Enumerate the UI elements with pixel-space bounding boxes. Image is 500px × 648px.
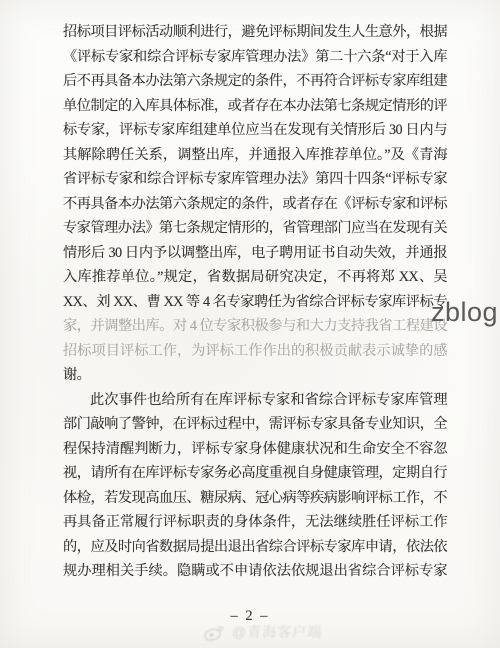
text-line: 的，应及时向省数据局提出退出省综合评标专家库申请，依法依	[63, 535, 447, 560]
text-line: 招标项目评标活动顺利进行，避免评标期间发生人生意外，根据	[63, 20, 447, 45]
zblog-watermark: zblog	[431, 297, 498, 327]
text-line: 此次事件也给所有在库评标专家和省综合评标专家库管理	[63, 388, 447, 413]
text-line: 不再具备本办法第六条规定的条件，或者存在《评标专家和评标	[63, 192, 447, 217]
text-line: 家，并调整出库。对 4 位专家积极参与和大力支持我省工程建设	[63, 314, 447, 339]
weibo-logo-icon	[203, 624, 227, 641]
text-line: 视，请所有在库评标专家务必高度重视自身健康管理，定期自行	[63, 461, 447, 486]
text-line: 专家管理办法》第七条规定情形的，省管理部门应当在发现有关	[63, 216, 447, 241]
text-line: 程保持清醒判断力，评标专家身体健康状况和生命安全不容忽	[63, 437, 447, 462]
text-line: 后不再具备本办法第六条规定的条件，不再符合评标专家库组建	[63, 69, 447, 94]
text-line: XX、刘 XX、曹 XX 等 4 名专家聘任为省综合评标专家库评标专	[63, 290, 447, 315]
text-line: 其解除聘任关系，调整出库，并通报入库推荐单位。”及《青海	[63, 143, 447, 168]
document-page: 招标项目评标活动顺利进行，避免评标期间发生人生意外，根据《评标专家和综合评标专家…	[0, 0, 500, 648]
text-line: 谢。	[63, 363, 447, 388]
text-line: 规办理相关手续。隐瞒或不申请依法依规退出省综合评标专家	[63, 559, 447, 584]
weibo-watermark-text: @青海客户端	[232, 622, 322, 642]
text-line: 单位制定的入库具体标准，或者存在本办法第七条规定情形的评	[63, 94, 447, 119]
weibo-watermark: @青海客户端	[203, 622, 322, 642]
text-line: 《评标专家和综合评标专家库管理办法》第二十六条“对于入库	[63, 45, 447, 70]
text-line: 入库推荐单位。”规定，省数据局研究决定，不再将郑 XX、吴	[63, 265, 447, 290]
text-line: 省评标专家和综合评标专家库管理办法》第四十四条“评标专家	[63, 167, 447, 192]
document-body: 招标项目评标活动顺利进行，避免评标期间发生人生意外，根据《评标专家和综合评标专家…	[63, 20, 447, 584]
text-line: 体检，若发现高血压、糖尿病、冠心病等疾病影响评标工作，不	[63, 486, 447, 511]
text-line: 标专家，评标专家库组建单位应当在发现有关情形后 30 日内与	[63, 118, 447, 143]
text-line: 招标项目评标工作，为评标工作作出的积极贡献表示诚挚的感	[63, 339, 447, 364]
text-line: 部门敲响了警钟，在评标过程中，需评标专家具备专业知识，全	[63, 412, 447, 437]
text-line: 再具备正常履行评标职责的身体条件，无法继续胜任评标工作	[63, 510, 447, 535]
text-line: 情形后 30 日内予以调整出库，电子聘用证书自动失效，并通报	[63, 241, 447, 266]
